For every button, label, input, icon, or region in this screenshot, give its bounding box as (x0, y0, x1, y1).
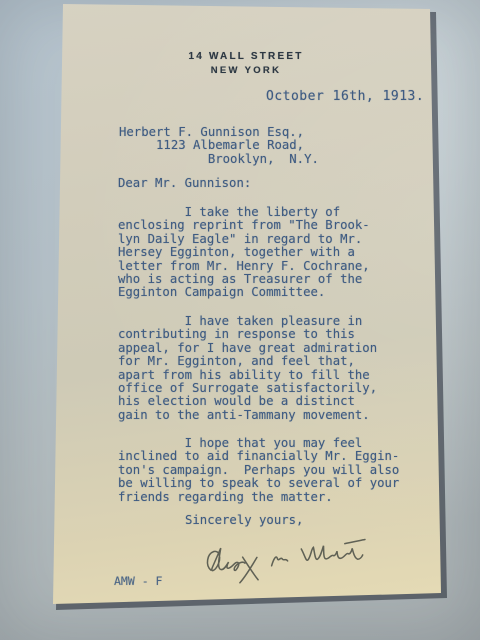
signature (195, 528, 375, 589)
letter-paper: 14 WALL STREET NEW YORK October 16th, 19… (0, 0, 480, 640)
paragraph-1: I take the liberty of enclosing reprint … (118, 206, 370, 300)
reference-initials: AMW - F (114, 575, 162, 588)
letterhead-street: 14 WALL STREET (121, 51, 371, 63)
salutation: Dear Mr. Gunnison: (118, 177, 251, 190)
recipient-address: Herbert F. Gunnison Esq., 1123 Albemarle… (119, 126, 319, 166)
date-line: October 16th, 1913. (266, 90, 424, 103)
paragraph-3: I hope that you may feel inclined to aid… (118, 437, 399, 504)
paragraph-2: I have taken pleasure in contributing in… (118, 315, 377, 422)
letter-photo: 14 WALL STREET NEW YORK October 16th, 19… (0, 0, 480, 640)
closing: Sincerely yours, (185, 514, 303, 527)
letterhead: 14 WALL STREET NEW YORK (121, 51, 371, 76)
letterhead-city: NEW YORK (121, 65, 371, 76)
